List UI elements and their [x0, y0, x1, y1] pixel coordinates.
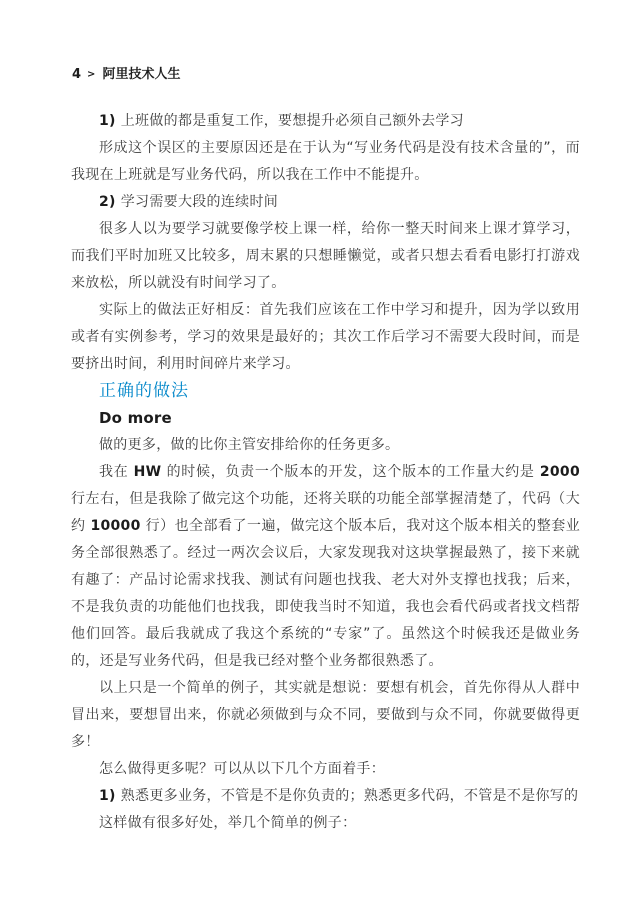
hw-example-paragraph: 我在 HW 的时候，负责一个版本的开发，这个版本的工作量大约是 2000 行左右… [71, 459, 580, 675]
misconception-2-number: 2) [99, 194, 116, 210]
misconception-2-body: 很多人以为要学习就要像学校上课一样，给你一整天时间来上课才算学习，而我们平时加班… [71, 216, 580, 297]
misconception-1-title: 1)上班做的都是重复工作，要想提升必须自己额外去学习 [71, 108, 580, 135]
contrast-paragraph: 实际上的做法正好相反：首先我们应该在工作中学习和提升，因为学以致用或者有实例参考… [71, 297, 580, 378]
how-to-lead-paragraph: 怎么做得更多呢？可以从以下几个方面着手： [71, 756, 580, 783]
running-header: 4>阿里技术人生 [72, 66, 180, 83]
page-number: 4 [72, 67, 81, 82]
misconception-2-title-text: 学习需要大段的连续时间 [121, 194, 278, 210]
example-run-2000: 2000 [540, 464, 580, 480]
do-more-intro: 做的更多，做的比你主管安排给你的任务更多。 [71, 432, 580, 459]
subheading-do-more: Do more [71, 405, 580, 432]
misconception-2-title: 2)学习需要大段的连续时间 [71, 189, 580, 216]
section-heading-correct-approach: 正确的做法 [71, 378, 580, 405]
example-run-2: 的时候，负责一个版本的开发，这个版本的工作量大约是 [161, 464, 539, 480]
page-content: 1)上班做的都是重复工作，要想提升必须自己额外去学习 形成这个误区的主要原因还是… [71, 108, 580, 837]
header-separator: > [87, 69, 95, 80]
tip-1: 1)熟悉更多业务，不管是不是你负责的；熟悉更多代码，不管是不是你写的 [71, 783, 580, 810]
example-run-hw: HW [134, 464, 162, 480]
tip-1-text: 熟悉更多业务，不管是不是你负责的；熟悉更多代码，不管是不是你写的 [121, 788, 579, 804]
takeaway-paragraph: 以上只是一个简单的例子，其实就是想说：要想有机会，首先你得从人群中冒出来，要想冒… [71, 675, 580, 756]
tip-1-number: 1) [99, 788, 116, 804]
misconception-1-body: 形成这个误区的主要原因还是在于认为“写业务代码是没有技术含量的”，而我现在上班就… [71, 135, 580, 189]
example-run-4: 行）也全部看了一遍，做完这个版本后，我对这个版本相关的整套业务全部很熟悉了。经过… [71, 518, 580, 669]
example-run-10000: 10000 [90, 518, 140, 534]
misconception-1-title-text: 上班做的都是重复工作，要想提升必须自己额外去学习 [121, 113, 464, 129]
misconception-1-number: 1) [99, 113, 116, 129]
benefits-lead-paragraph: 这样做有很多好处，举几个简单的例子： [71, 810, 580, 837]
book-page: 4>阿里技术人生 1)上班做的都是重复工作，要想提升必须自己额外去学习 形成这个… [0, 0, 642, 907]
example-run-1: 我在 [99, 464, 134, 480]
book-title: 阿里技术人生 [102, 67, 180, 82]
